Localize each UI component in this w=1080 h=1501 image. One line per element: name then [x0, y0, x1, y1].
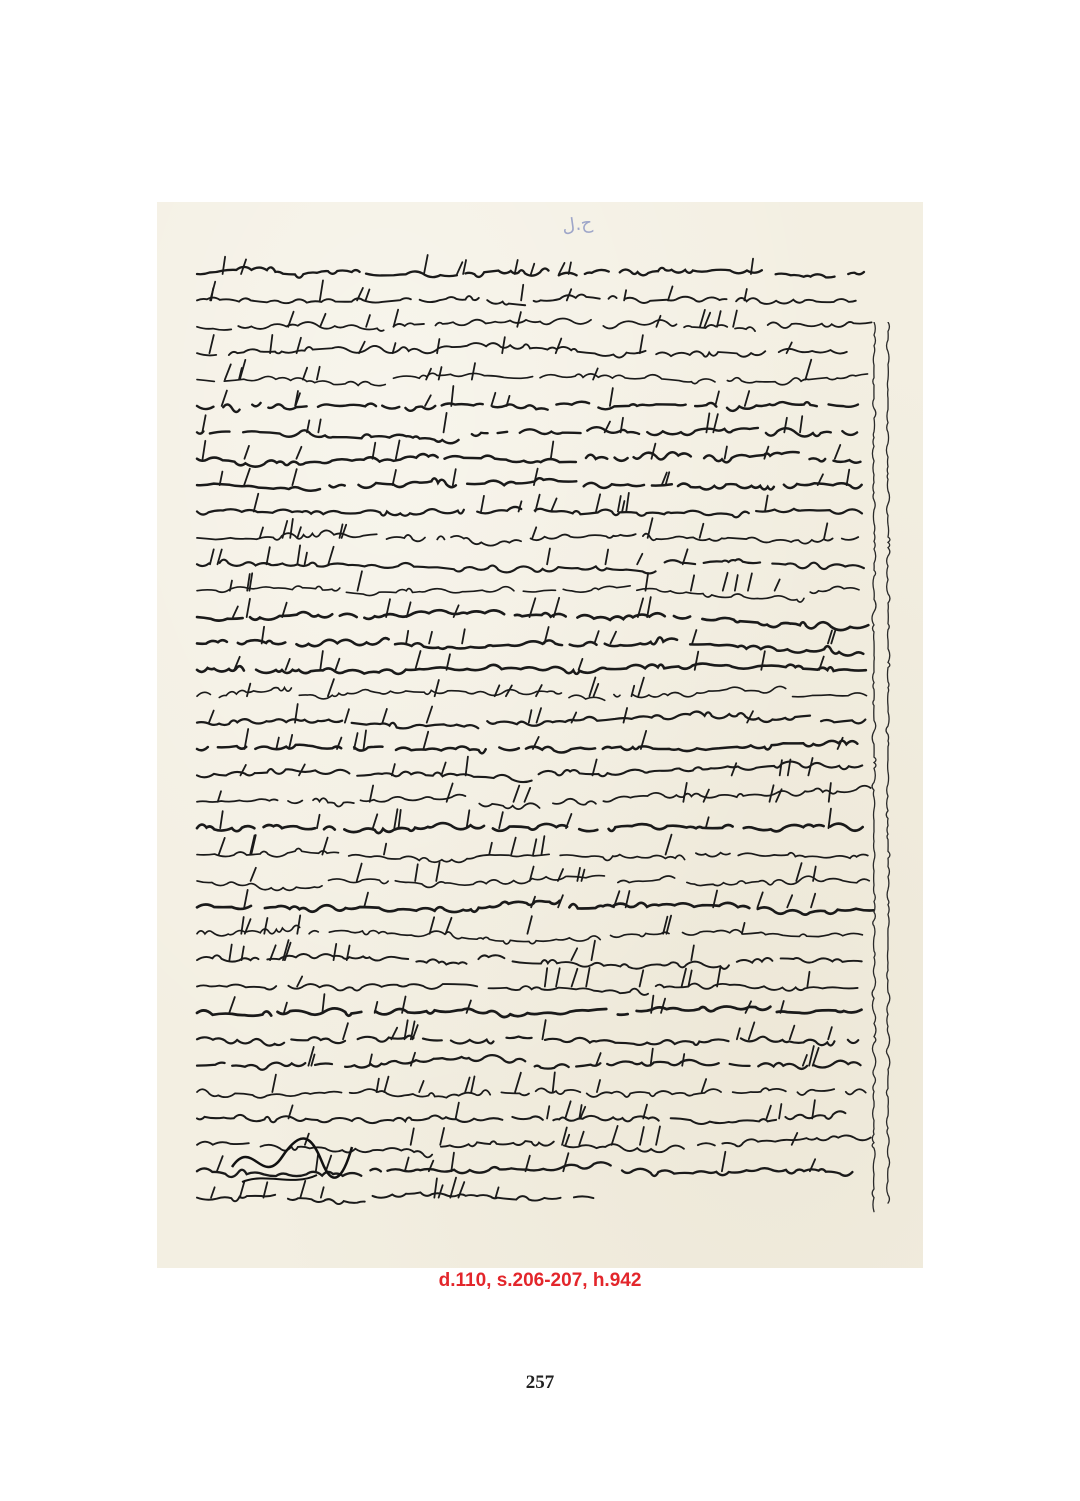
document-reference-caption: d.110, s.206-207, h.942	[0, 1270, 1080, 1292]
handwritten-text-block	[157, 202, 923, 1268]
marginal-note	[862, 322, 902, 1222]
page-number: 257	[0, 1372, 1080, 1394]
signature	[222, 1127, 362, 1197]
manuscript-scan: ح.ل	[157, 202, 923, 1268]
